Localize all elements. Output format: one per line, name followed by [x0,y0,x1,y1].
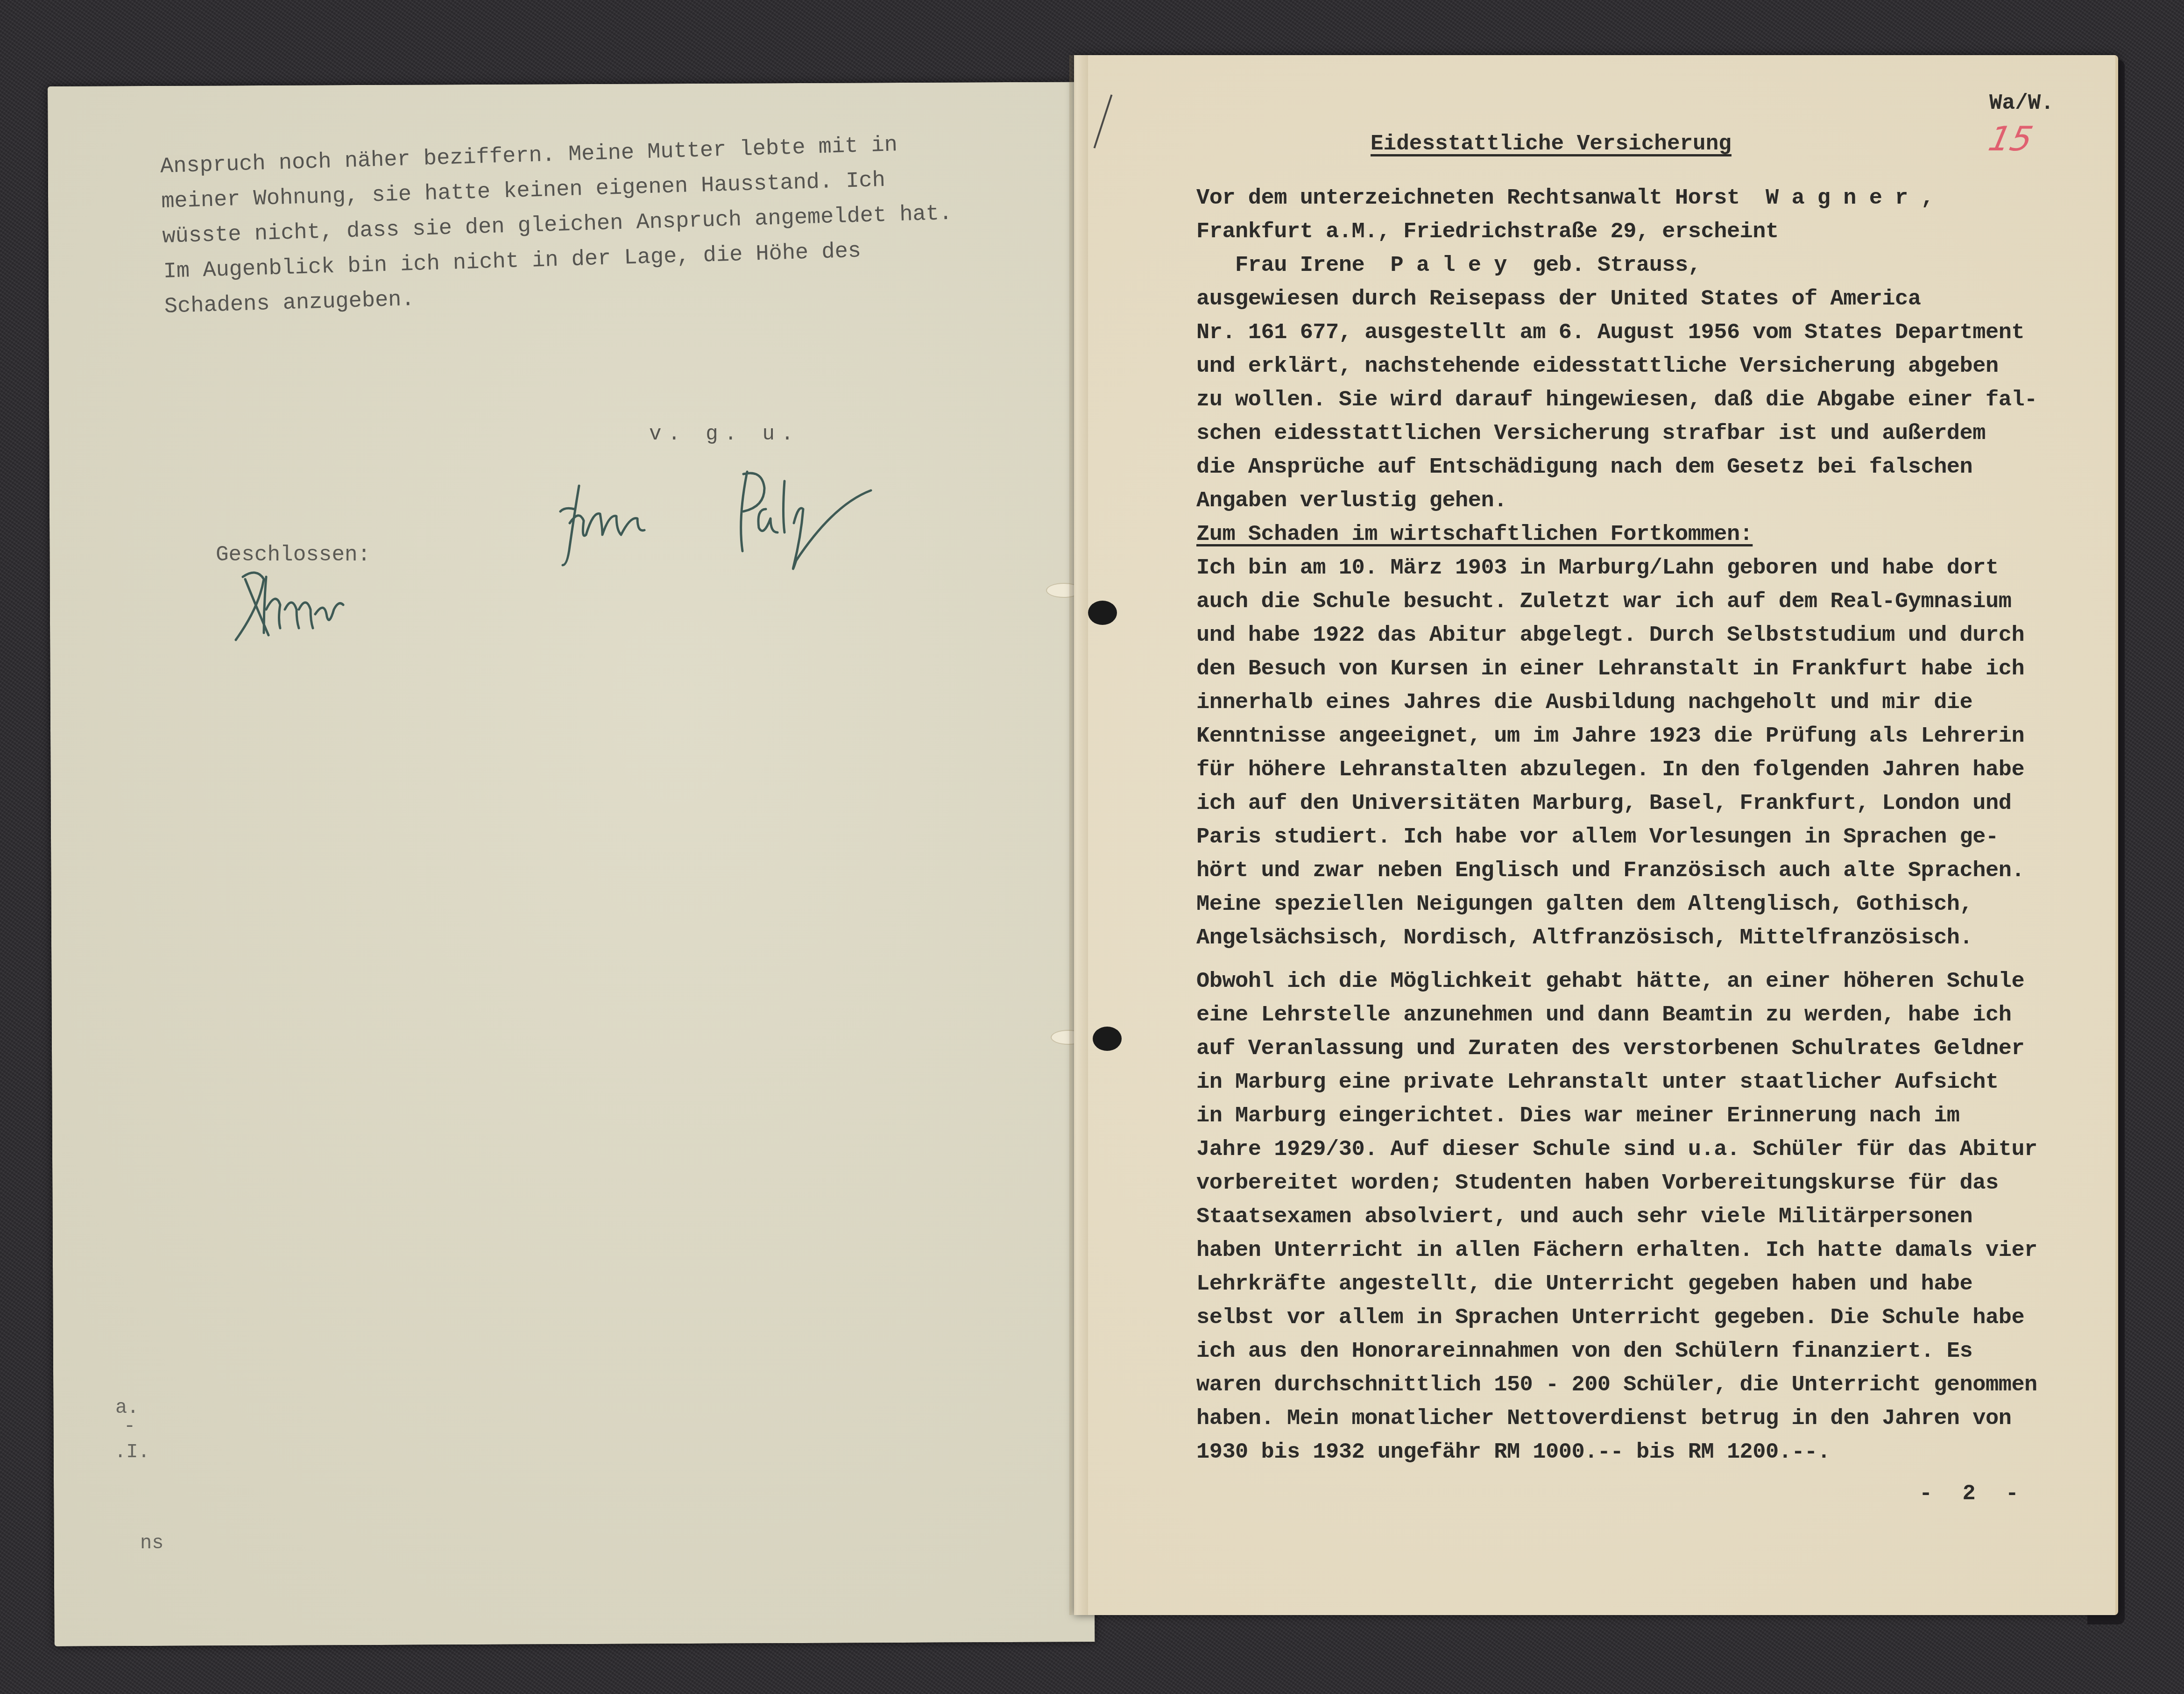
text-line: die Ansprüche auf Entschädigung nach dem… [1196,455,1972,480]
official-signature [229,567,444,642]
text-line: und habe 1922 das Abitur abgelegt. Durch… [1196,623,2024,648]
margin-mark-i: .I. [114,1441,150,1463]
margin-mark-ns: ns [140,1532,163,1554]
text-line: und erklärt, nachstehende eidesstattlich… [1196,354,1999,379]
red-folio-number: 15 [1985,119,2036,158]
text-line: Frankfurt a.M., Friedrichstraße 29, ersc… [1196,220,1779,244]
text-line: schen eidesstattlichen Versicherung stra… [1196,421,1986,446]
margin-mark-dash: - [124,1415,135,1438]
text-line: auch die Schule besucht. Zuletzt war ich… [1196,589,2011,614]
text-line: Angaben verlustig gehen. [1196,489,1507,513]
punch-hole-lower-right [1093,1027,1122,1051]
closing-abbreviation: v. g. u. [649,423,800,446]
text-line: innerhalb eines Jahres die Ausbildung na… [1196,690,1972,715]
section-heading: Zum Schaden im wirtschaftlichen Fortkomm… [1196,522,1753,547]
text-line: Ich bin am 10. März 1903 in Marburg/Lahn… [1196,556,1999,581]
text-line: zu wollen. Sie wird darauf hingewiesen, … [1196,388,2037,412]
text-line: Vor dem unterzeichneten Rechtsanwalt Hor… [1196,186,1934,211]
binding-fold [1069,55,1088,1615]
text-line: hört und zwar neben Englisch und Französ… [1196,858,2024,883]
text-line: Jahre 1929/30. Auf dieser Schule sind u.… [1196,1137,2037,1162]
text-line: selbst vor allem in Sprachen Unterricht … [1196,1305,2024,1330]
text-line: Frau Irene P a l e y geb. Strauss, [1196,253,1701,278]
text-line: eine Lehrstelle anzunehmen und dann Beam… [1196,1003,2011,1028]
text-line: den Besuch von Kursen in einer Lehransta… [1196,657,2024,681]
text-line: Angelsächsisch, Nordisch, Altfranzösisch… [1196,926,1972,950]
closed-label: Geschlossen: [216,543,370,567]
left-page-body: Anspruch noch näher beziffern. Meine Mut… [160,126,955,325]
irene-paley-signature [551,467,971,588]
text-line: ich auf den Universitäten Marburg, Basel… [1196,791,2011,816]
text-line: Obwohl ich die Möglichkeit gehabt hätte,… [1196,969,2024,994]
text-line: Meine speziellen Neigungen galten dem Al… [1196,892,1972,917]
text-line: waren durchschnittlich 150 - 200 Schüler… [1196,1373,2037,1397]
text-line: Kenntnisse angeeignet, um im Jahre 1923 … [1196,724,2024,749]
text-line: für höhere Lehranstalten abzulegen. In d… [1196,758,2024,782]
text-line: haben. Mein monatlicher Nettoverdienst b… [1196,1406,2011,1431]
punch-hole-upper-right [1088,601,1117,625]
text-line: haben Unterricht in allen Fächern erhalt… [1196,1238,2037,1263]
page-number: - 2 - [1919,1481,2027,1506]
text-line: in Marburg eingerichtet. Dies war meiner… [1196,1104,1960,1128]
text-line: ich aus den Honorareinnahmen von den Sch… [1196,1339,1972,1364]
document-title: Eidesstattliche Versicherung [1371,132,1732,156]
text-line: Lehrkräfte angestellt, die Unterricht ge… [1196,1272,1972,1297]
text-line: Paris studiert. Ich habe vor allem Vorle… [1196,825,1999,850]
text-line: ausgewiesen durch Reisepass der United S… [1196,287,1921,312]
text-line: 1930 bis 1932 ungefähr RM 1000.-- bis RM… [1196,1440,1831,1465]
text-line: vorbereitet worden; Studenten haben Vorb… [1196,1171,1999,1196]
text-line: auf Veranlassung und Zuraten des verstor… [1196,1036,2024,1061]
text-line: Staatsexamen absolviert, und auch sehr v… [1196,1205,1972,1229]
text-line: Nr. 161 677, ausgestellt am 6. August 19… [1196,320,2024,345]
reference-code: Wa/W. [1989,91,2054,115]
text-line: in Marburg eine private Lehranstalt unte… [1196,1070,1999,1095]
